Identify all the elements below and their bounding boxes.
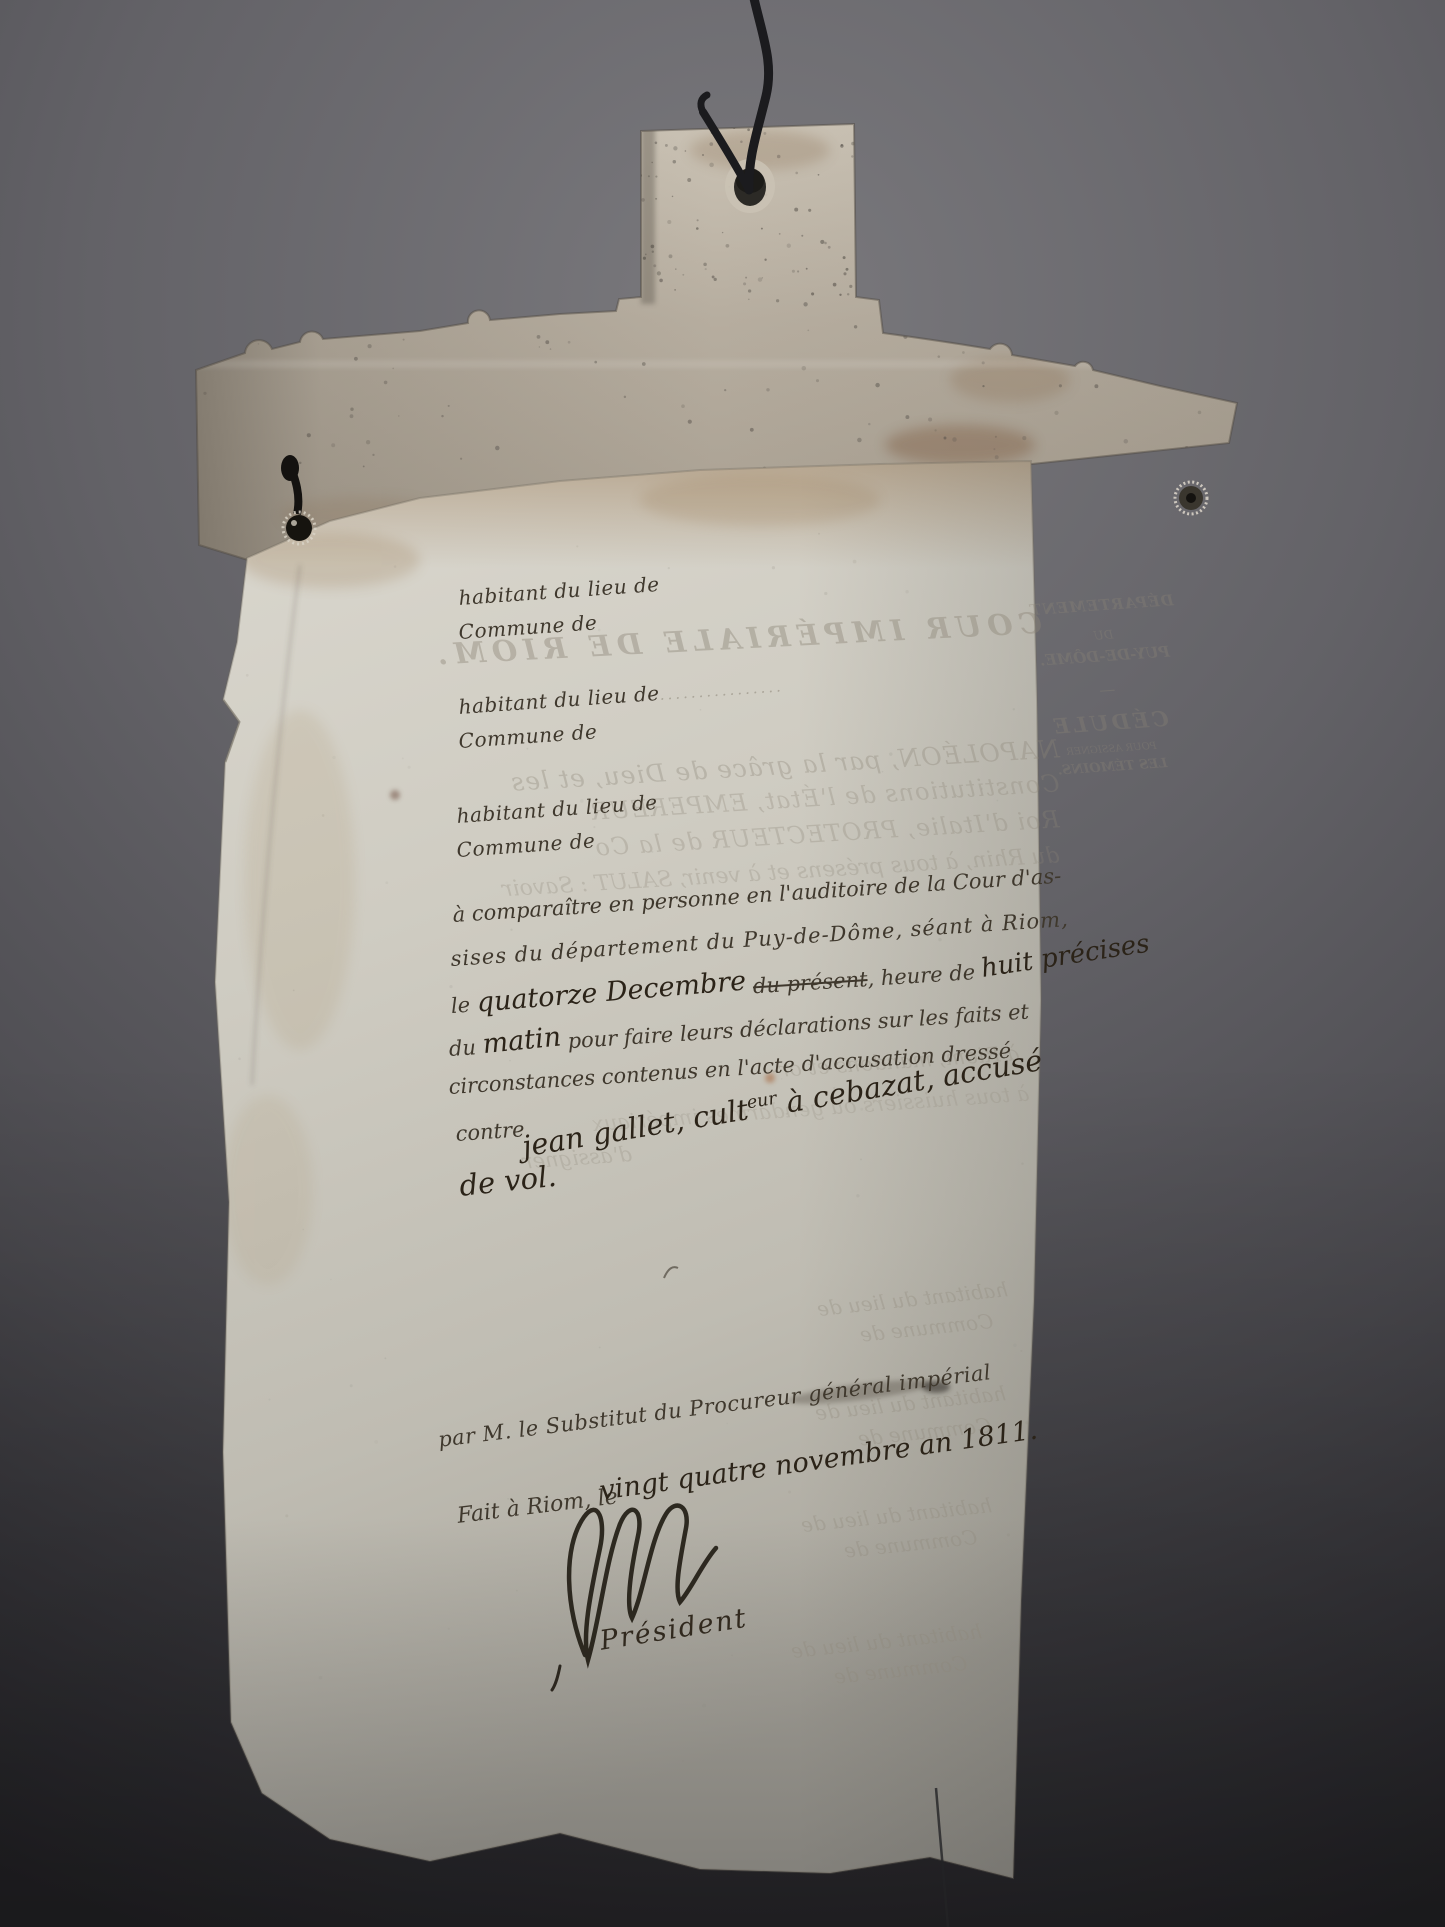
contre-label: contre (455, 1119, 525, 1145)
handwritten-matin: matin (481, 1023, 562, 1058)
paper-sheet (215, 458, 1045, 1927)
photo-graphics (0, 0, 1445, 1927)
right-rosette-pin (1175, 482, 1207, 514)
photo-of-hanging-document: COUR IMPÉRIALE DE RIOM. NAPOLÉON, par la… (0, 0, 1445, 1927)
bleedthrough-margin-column: DÉPARTEMENT DU PUY-DE-DÔME. — CÉDULE POU… (1026, 593, 1188, 779)
handwritten-superscript: eur (745, 1089, 778, 1114)
